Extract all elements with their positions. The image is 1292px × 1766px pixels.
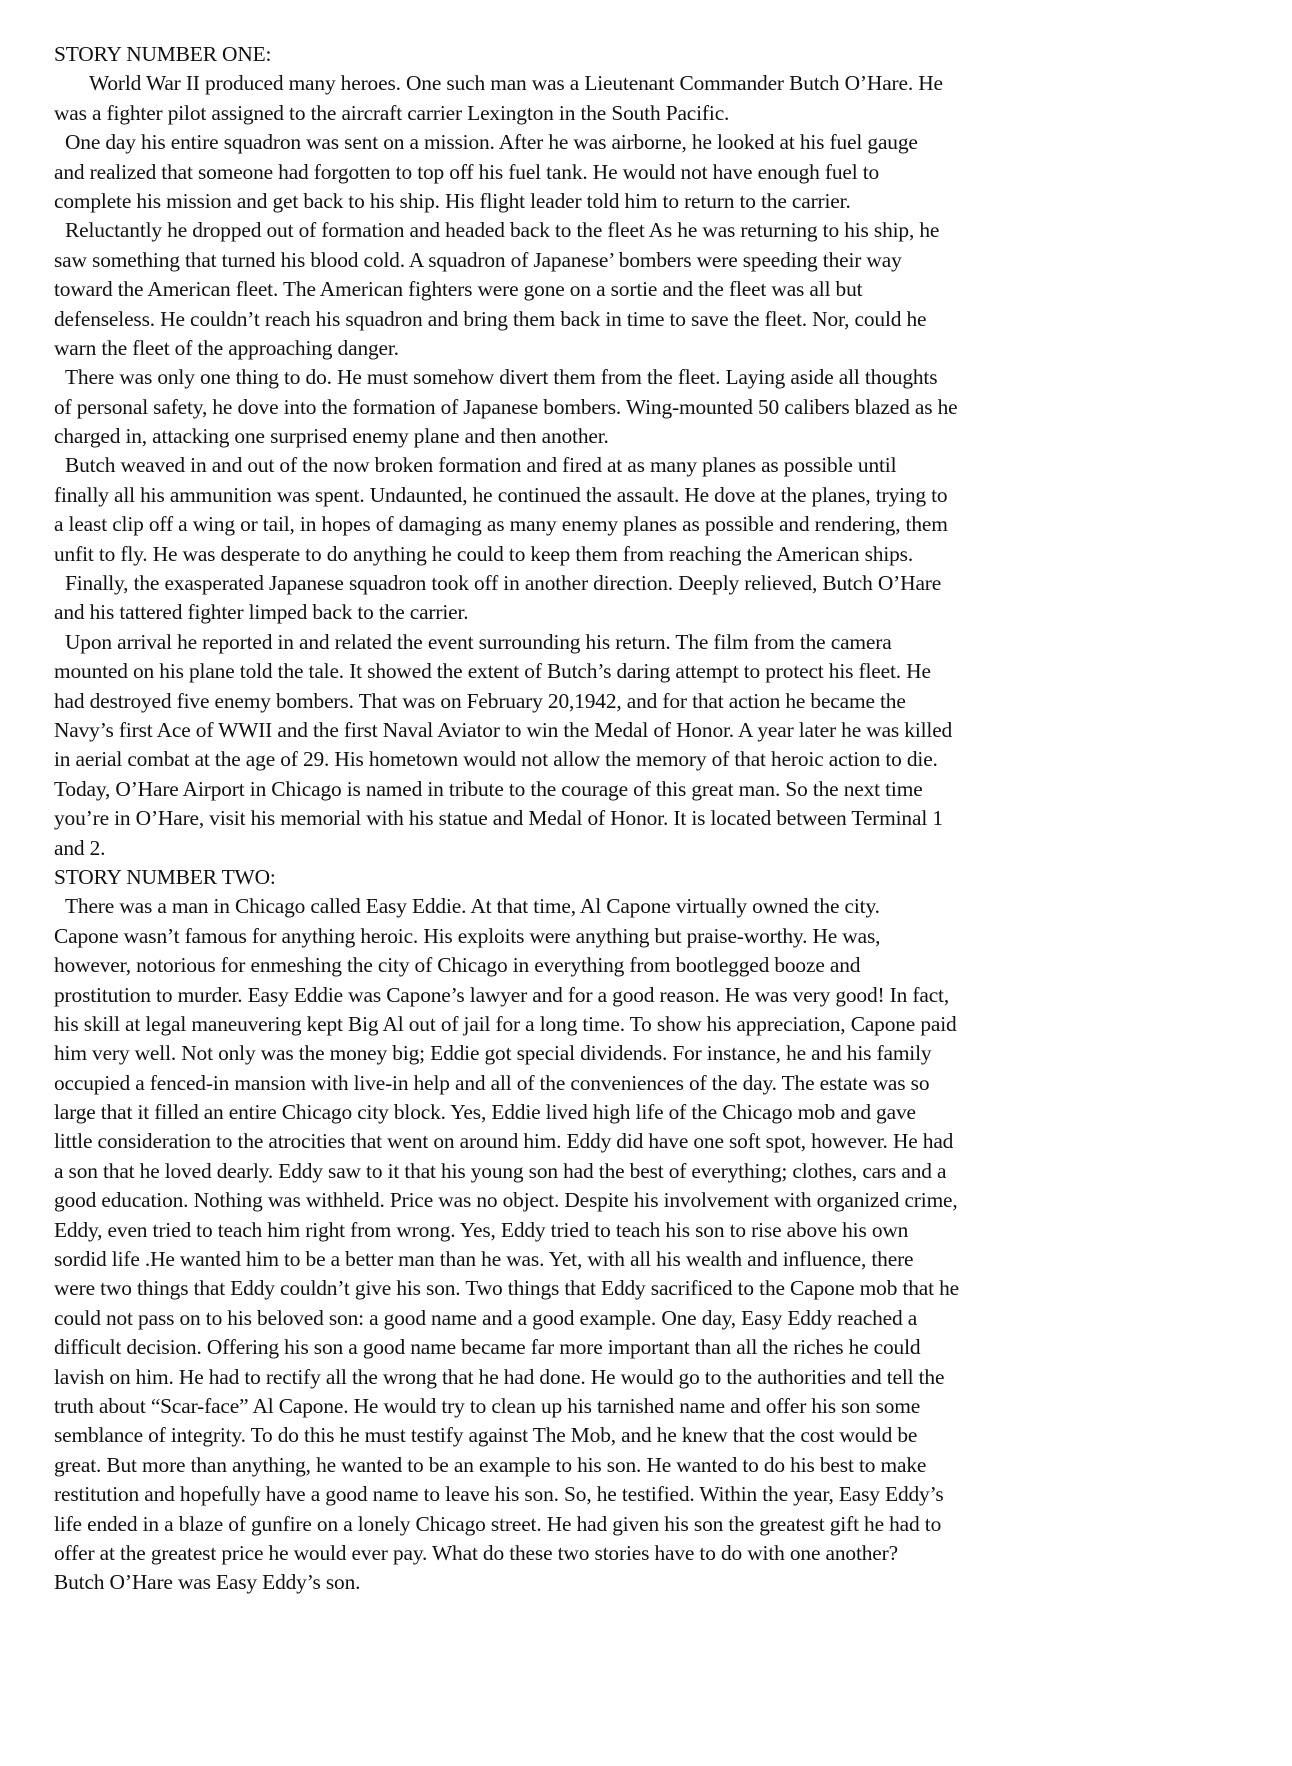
text-line: complete his mission and get back to his… [54,187,1274,216]
text-line: charged in, attacking one surprised enem… [54,422,1274,451]
text-line: Capone wasn’t famous for anything heroic… [54,922,1274,951]
text-line: Upon arrival he reported in and related … [54,628,1274,657]
text-line: life ended in a blaze of gunfire on a lo… [54,1510,1274,1539]
text-line: lavish on him. He had to rectify all the… [54,1363,1274,1392]
text-line: was a fighter pilot assigned to the airc… [54,99,1274,128]
document-page: STORY NUMBER ONE: World War II produced … [54,40,1274,1598]
text-line: unfit to fly. He was desperate to do any… [54,540,1274,569]
text-line: of personal safety, he dove into the for… [54,393,1274,422]
story-one: STORY NUMBER ONE: World War II produced … [54,40,1274,863]
text-line: difficult decision. Offering his son a g… [54,1333,1274,1362]
text-line: great. But more than anything, he wanted… [54,1451,1274,1480]
text-line: you’re in O’Hare, visit his memorial wit… [54,804,1274,833]
text-line: semblance of integrity. To do this he mu… [54,1421,1274,1450]
text-line: Reluctantly he dropped out of formation … [54,216,1274,245]
text-line: Navy’s first Ace of WWII and the first N… [54,716,1274,745]
text-line: a least clip off a wing or tail, in hope… [54,510,1274,539]
text-line: Butch O’Hare was Easy Eddy’s son. [54,1568,1274,1597]
text-line: good education. Nothing was withheld. Pr… [54,1186,1274,1215]
text-line: Today, O’Hare Airport in Chicago is name… [54,775,1274,804]
text-line: World War II produced many heroes. One s… [54,69,1274,98]
text-line: sordid life .He wanted him to be a bette… [54,1245,1274,1274]
text-line: saw something that turned his blood cold… [54,246,1274,275]
text-line: little consideration to the atrocities t… [54,1127,1274,1156]
text-line: occupied a fenced-in mansion with live-i… [54,1069,1274,1098]
text-line: finally all his ammunition was spent. Un… [54,481,1274,510]
text-line: Butch weaved in and out of the now broke… [54,451,1274,480]
story-two-body: There was a man in Chicago called Easy E… [54,892,1274,1597]
text-line: and his tattered fighter limped back to … [54,598,1274,627]
story-two: STORY NUMBER TWO: There was a man in Chi… [54,863,1274,1598]
text-line: large that it filled an entire Chicago c… [54,1098,1274,1127]
text-line: his skill at legal maneuvering kept Big … [54,1010,1274,1039]
text-line: There was only one thing to do. He must … [54,363,1274,392]
text-line: warn the fleet of the approaching danger… [54,334,1274,363]
text-line: a son that he loved dearly. Eddy saw to … [54,1157,1274,1186]
text-line: had destroyed five enemy bombers. That w… [54,687,1274,716]
story-two-heading: STORY NUMBER TWO: [54,863,1274,892]
text-line: There was a man in Chicago called Easy E… [54,892,1274,921]
text-line: were two things that Eddy couldn’t give … [54,1274,1274,1303]
story-one-heading: STORY NUMBER ONE: [54,40,1274,69]
text-line: One day his entire squadron was sent on … [54,128,1274,157]
text-line: however, notorious for enmeshing the cit… [54,951,1274,980]
text-line: Eddy, even tried to teach him right from… [54,1216,1274,1245]
text-line: prostitution to murder. Easy Eddie was C… [54,981,1274,1010]
story-one-body: World War II produced many heroes. One s… [54,69,1274,863]
text-line: defenseless. He couldn’t reach his squad… [54,305,1274,334]
text-line: offer at the greatest price he would eve… [54,1539,1274,1568]
text-line: truth about “Scar-face” Al Capone. He wo… [54,1392,1274,1421]
text-line: Finally, the exasperated Japanese squadr… [54,569,1274,598]
text-line: toward the American fleet. The American … [54,275,1274,304]
text-line: mounted on his plane told the tale. It s… [54,657,1274,686]
text-line: and 2. [54,834,1274,863]
text-line: and realized that someone had forgotten … [54,158,1274,187]
text-line: in aerial combat at the age of 29. His h… [54,745,1274,774]
text-line: him very well. Not only was the money bi… [54,1039,1274,1068]
text-line: could not pass on to his beloved son: a … [54,1304,1274,1333]
text-line: restitution and hopefully have a good na… [54,1480,1274,1509]
